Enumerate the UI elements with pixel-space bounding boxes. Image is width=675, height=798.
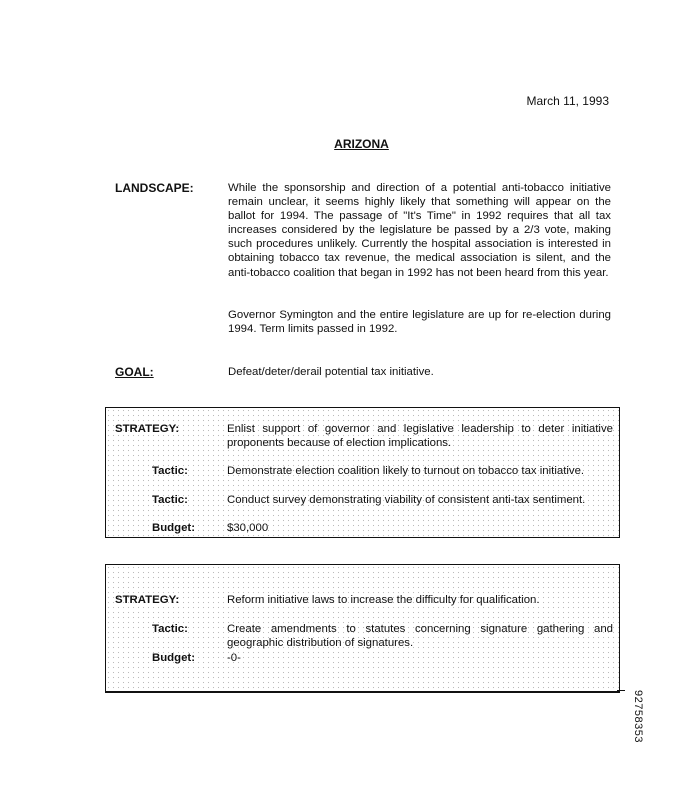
strategy-text: Reform initiative laws to increase the d… [227,593,613,607]
tactic-text: Demonstrate election coalition likely to… [227,464,613,478]
budget-value: $30,000 [227,521,613,535]
bates-number: 92758353 [632,690,644,743]
document-title: ARIZONA [0,137,675,151]
landscape-paragraph-1: While the sponsorship and direction of a… [228,181,611,280]
goal-text: Defeat/deter/derail potential tax initia… [228,365,611,379]
tactic-label: Tactic: [152,493,188,507]
landscape-label: LANDSCAPE: [115,181,194,195]
strategy-label: STRATEGY: [115,593,179,607]
tactic-text: Conduct survey demonstrating viability o… [227,493,613,507]
strategy-text: Enlist support of governor and legislati… [227,422,613,450]
strategy-label: STRATEGY: [115,422,179,436]
document-date: March 11, 1993 [527,94,610,108]
landscape-paragraph-2: Governor Symington and the entire legisl… [228,308,611,336]
budget-label: Budget: [152,651,195,665]
strategy-box-1: STRATEGY: Enlist support of governor and… [105,407,620,538]
tactic-label: Tactic: [152,464,188,478]
tactic-text: Create amendments to statutes concerning… [227,622,613,650]
margin-tick-mark [617,690,625,691]
goal-label: GOAL: [115,365,154,379]
budget-label: Budget: [152,521,195,535]
budget-value: -0- [227,651,613,665]
tactic-label: Tactic: [152,622,188,636]
strategy-box-2: STRATEGY: Reform initiative laws to incr… [105,564,620,693]
